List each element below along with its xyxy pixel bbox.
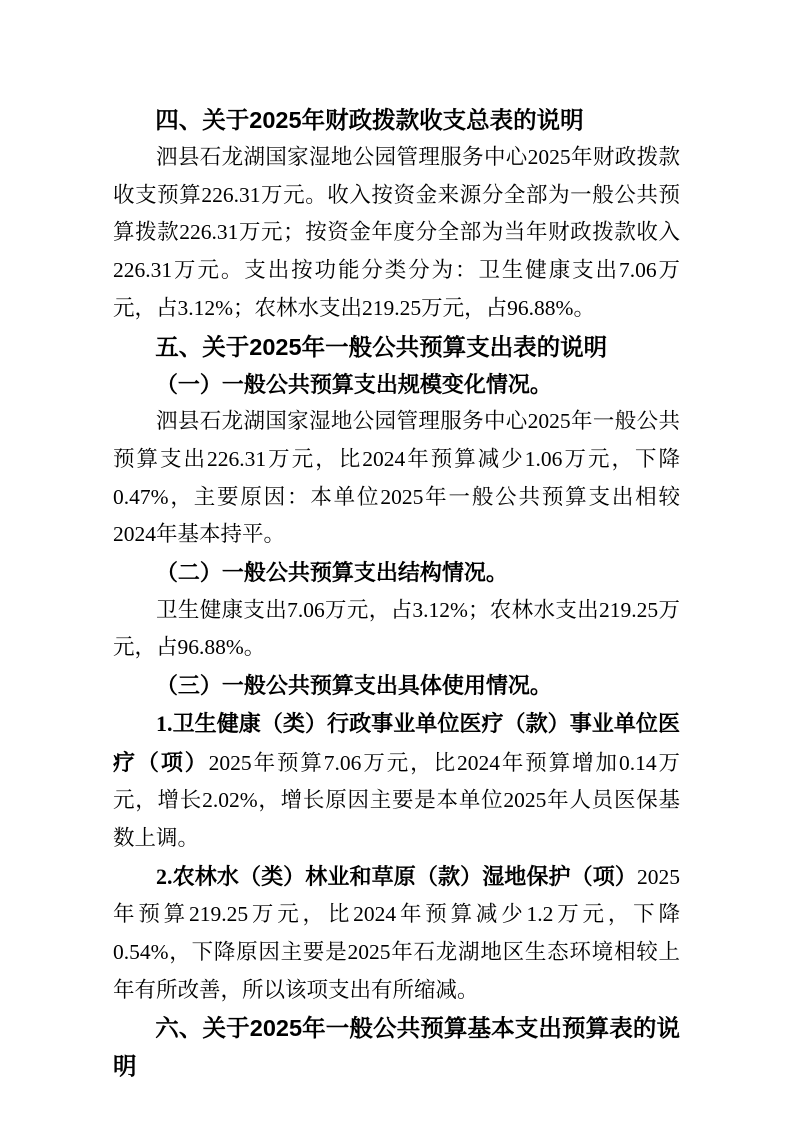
subheading-5-1: （一）一般公共预算支出规模变化情况。 [113,366,680,404]
heading-section-4: 四、关于2025年财政拨款收支总表的说明 [113,101,680,139]
document-content: 四、关于2025年财政拨款收支总表的说明 泗县石龙湖国家湿地公园管理服务中心20… [113,101,680,1085]
paragraph-fiscal-appropriation-summary: 泗县石龙湖国家湿地公园管理服务中心2025年财政拨款收支预算226.31万元。收… [113,139,680,328]
paragraph-item-1-health: 1.卫生健康（类）行政事业单位医疗（款）事业单位医疗（项）2025年预算7.06… [113,705,680,858]
paragraph-expenditure-scale: 泗县石龙湖国家湿地公园管理服务中心2025年一般公共预算支出226.31万元，比… [113,403,680,554]
document-page: 四、关于2025年财政拨款收支总表的说明 泗县石龙湖国家湿地公园管理服务中心20… [0,0,793,1122]
paragraph-item-2-agriculture: 2.农林水（类）林业和草原（款）湿地保护（项）2025年预算219.25万元，比… [113,858,680,1010]
item-2-agriculture-title: 2.农林水（类）林业和草原（款）湿地保护（项） [156,864,637,889]
subheading-5-3: （三）一般公共预算支出具体使用情况。 [113,667,680,705]
heading-section-5: 五、关于2025年一般公共预算支出表的说明 [113,328,680,366]
subheading-5-2: （二）一般公共预算支出结构情况。 [113,554,680,592]
paragraph-expenditure-structure: 卫生健康支出7.06万元，占3.12%；农林水支出219.25万元，占96.88… [113,592,680,667]
heading-section-6: 六、关于2025年一般公共预算基本支出预算表的说明 [113,1009,680,1085]
